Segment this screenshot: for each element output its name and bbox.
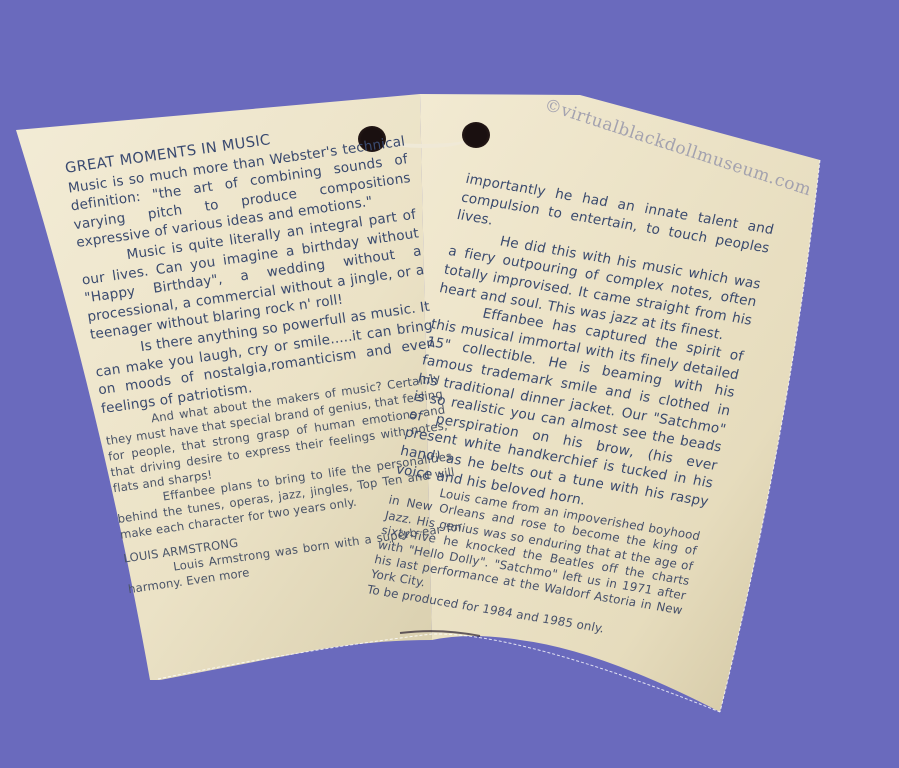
punch-hole-right <box>462 122 490 148</box>
photo-background: GREAT MOMENTS IN MUSIC Music is so much … <box>0 0 899 768</box>
